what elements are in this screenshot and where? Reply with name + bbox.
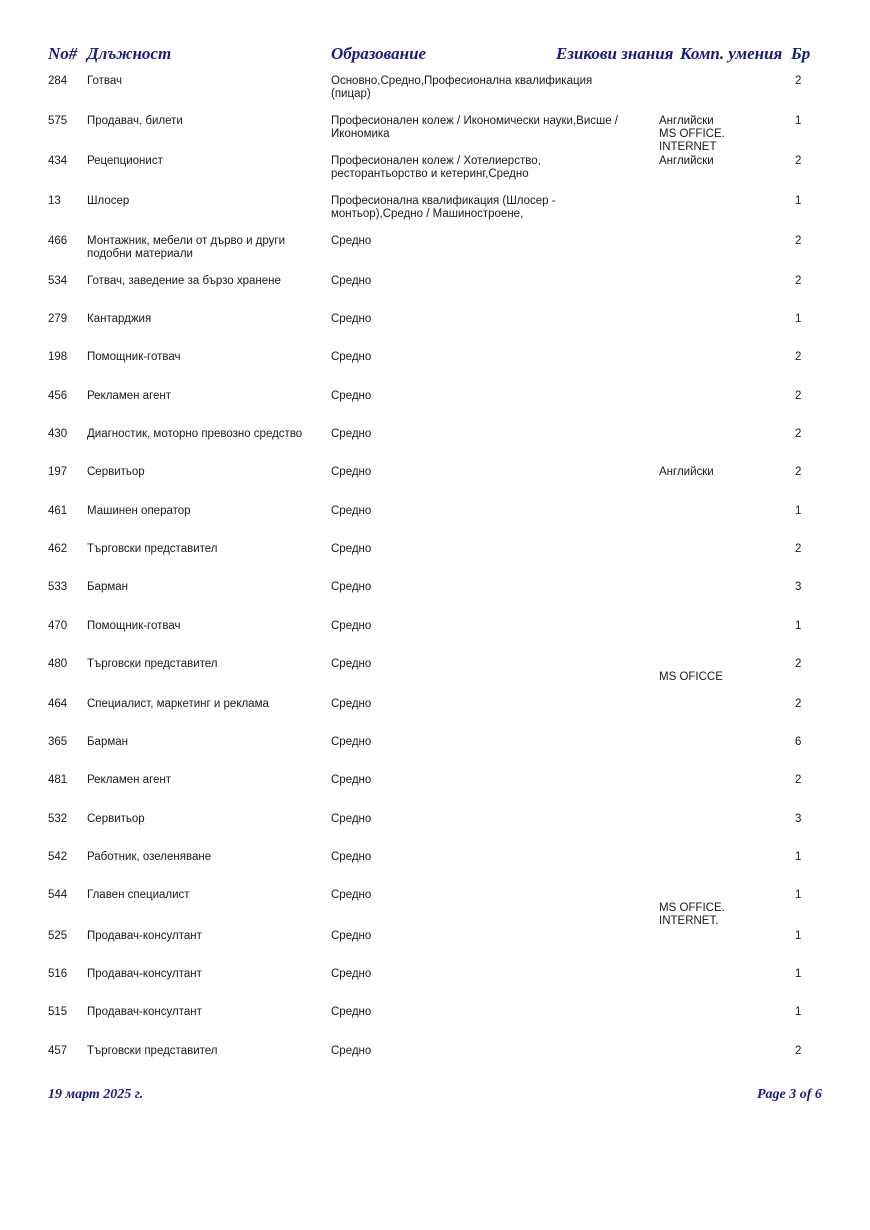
row-position: Работник, озеленяване <box>87 851 322 864</box>
row-position: Готвач, заведение за бързо хранене <box>87 275 322 288</box>
row-position: Продавач-консултант <box>87 968 322 981</box>
row-count: 2 <box>795 1045 801 1058</box>
row-position: Монтажник, мебели от дърво и други подоб… <box>87 235 322 261</box>
row-education: Средно <box>331 736 631 749</box>
row-count: 2 <box>795 75 801 88</box>
row-no: 525 <box>48 930 67 943</box>
row-education: Средно <box>331 466 631 479</box>
header-count: Бр <box>791 44 810 64</box>
row-no: 516 <box>48 968 67 981</box>
row-position: Помощник-готвач <box>87 351 322 364</box>
row-skills: MS OFICCE <box>659 671 769 684</box>
row-position: Сервитьор <box>87 466 322 479</box>
row-count: 1 <box>795 889 801 902</box>
header-languages: Езикови знания <box>556 44 673 64</box>
row-position: Търговски представител <box>87 1045 322 1058</box>
row-position: Готвач <box>87 75 322 88</box>
row-education: Средно <box>331 813 631 826</box>
row-no: 430 <box>48 428 67 441</box>
header-computer-skills: Комп. умения <box>680 44 782 64</box>
row-position: Рекламен агент <box>87 774 322 787</box>
row-count: 1 <box>795 930 801 943</box>
row-count: 2 <box>795 390 801 403</box>
row-no: 575 <box>48 115 67 128</box>
row-skills: MS OFFICE. INTERNET. <box>659 902 769 928</box>
row-education: Средно <box>331 351 631 364</box>
row-position: Помощник-готвач <box>87 620 322 633</box>
row-no: 515 <box>48 1006 67 1019</box>
row-education: Основно,Средно,Професионална квалификаци… <box>331 75 631 101</box>
row-education: Средно <box>331 581 631 594</box>
row-count: 2 <box>795 543 801 556</box>
row-count: 2 <box>795 155 801 168</box>
row-education: Средно <box>331 930 631 943</box>
row-education: Средно <box>331 851 631 864</box>
row-position: Специалист, маркетинг и реклама <box>87 698 322 711</box>
row-count: 1 <box>795 620 801 633</box>
row-education: Средно <box>331 1045 631 1058</box>
row-no: 534 <box>48 275 67 288</box>
header-no: No# <box>48 44 77 64</box>
row-count: 1 <box>795 505 801 518</box>
row-education: Средно <box>331 1006 631 1019</box>
row-count: 1 <box>795 115 801 128</box>
row-position: Диагностик, моторно превозно средство <box>87 428 322 441</box>
row-count: 3 <box>795 581 801 594</box>
row-no: 434 <box>48 155 67 168</box>
row-education: Средно <box>331 658 631 671</box>
row-education: Средно <box>331 390 631 403</box>
row-count: 2 <box>795 351 801 364</box>
row-no: 544 <box>48 889 67 902</box>
row-count: 1 <box>795 968 801 981</box>
row-no: 481 <box>48 774 67 787</box>
row-count: 2 <box>795 466 801 479</box>
row-skills: Английски <box>659 155 769 168</box>
row-education: Средно <box>331 275 631 288</box>
row-count: 2 <box>795 658 801 671</box>
row-no: 533 <box>48 581 67 594</box>
row-education: Средно <box>331 235 631 248</box>
row-no: 464 <box>48 698 67 711</box>
row-education: Средно <box>331 774 631 787</box>
row-position: Машинен оператор <box>87 505 322 518</box>
row-position: Продавач-консултант <box>87 1006 322 1019</box>
row-no: 532 <box>48 813 67 826</box>
row-position: Продавач, билети <box>87 115 322 128</box>
row-position: Шлосер <box>87 195 322 208</box>
row-count: 2 <box>795 428 801 441</box>
row-no: 480 <box>48 658 67 671</box>
row-education: Средно <box>331 543 631 556</box>
header-education: Образование <box>331 44 426 64</box>
footer-date: 19 март 2025 г. <box>48 1087 143 1103</box>
row-no: 542 <box>48 851 67 864</box>
row-education: Професионален колеж / Хотелиерство, рест… <box>331 155 631 181</box>
row-count: 2 <box>795 774 801 787</box>
row-position: Кантарджия <box>87 313 322 326</box>
row-count: 1 <box>795 1006 801 1019</box>
row-education: Средно <box>331 889 631 902</box>
row-position: Сервитьор <box>87 813 322 826</box>
row-count: 6 <box>795 736 801 749</box>
row-no: 365 <box>48 736 67 749</box>
footer-page-number: Page 3 of 6 <box>757 1087 822 1103</box>
row-no: 13 <box>48 195 61 208</box>
row-position: Главен специалист <box>87 889 322 902</box>
row-education: Професионален колеж / Икономически науки… <box>331 115 631 141</box>
row-count: 2 <box>795 698 801 711</box>
row-education: Професионална квалификация (Шлосер - мон… <box>331 195 631 221</box>
row-count: 2 <box>795 275 801 288</box>
header-position: Длъжност <box>87 44 171 64</box>
row-count: 1 <box>795 851 801 864</box>
row-position: Барман <box>87 736 322 749</box>
row-count: 3 <box>795 813 801 826</box>
row-no: 457 <box>48 1045 67 1058</box>
row-position: Търговски представител <box>87 658 322 671</box>
row-no: 456 <box>48 390 67 403</box>
row-education: Средно <box>331 620 631 633</box>
row-education: Средно <box>331 968 631 981</box>
row-no: 462 <box>48 543 67 556</box>
row-no: 198 <box>48 351 67 364</box>
row-no: 284 <box>48 75 67 88</box>
row-position: Продавач-консултант <box>87 930 322 943</box>
row-position: Рецепционист <box>87 155 322 168</box>
row-skills: Английски MS OFFICE. INTERNET <box>659 115 769 154</box>
row-position: Барман <box>87 581 322 594</box>
row-position: Търговски представител <box>87 543 322 556</box>
row-no: 466 <box>48 235 67 248</box>
row-skills: Английски <box>659 466 769 479</box>
row-no: 279 <box>48 313 67 326</box>
row-count: 2 <box>795 235 801 248</box>
row-count: 1 <box>795 195 801 208</box>
row-count: 1 <box>795 313 801 326</box>
row-no: 470 <box>48 620 67 633</box>
row-no: 461 <box>48 505 67 518</box>
row-position: Рекламен агент <box>87 390 322 403</box>
row-education: Средно <box>331 505 631 518</box>
row-education: Средно <box>331 313 631 326</box>
row-no: 197 <box>48 466 67 479</box>
row-education: Средно <box>331 698 631 711</box>
row-education: Средно <box>331 428 631 441</box>
